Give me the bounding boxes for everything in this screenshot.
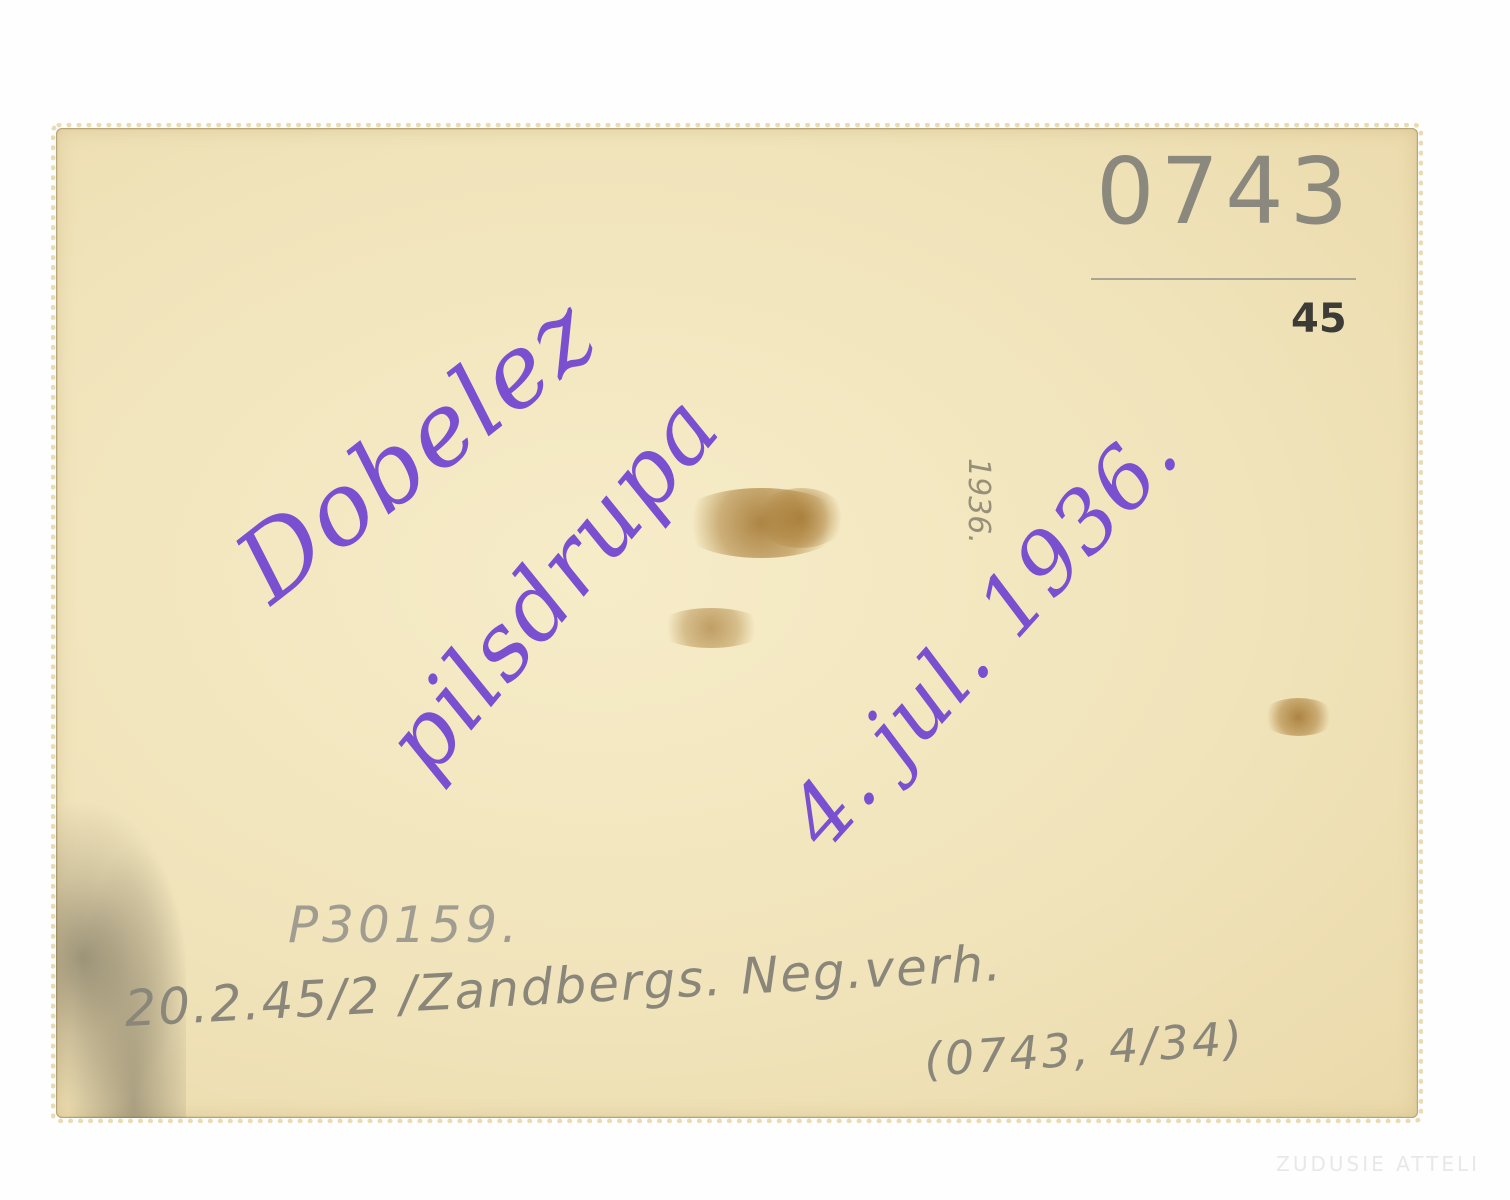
inventory-code: P30159. — [288, 896, 521, 954]
edge-grime — [56, 798, 186, 1118]
stain-spot — [1261, 698, 1336, 736]
stain-spot — [656, 608, 766, 648]
stain-spot — [756, 488, 846, 548]
catalog-sub-number: 45 — [1291, 296, 1347, 342]
catalog-number: 0743 — [1096, 138, 1354, 245]
photo-card-back: 0743 45 Dobelez pilsdrupa 4. jul. 1936. … — [56, 128, 1418, 1118]
archive-reference: (0743, 4/34) — [922, 1011, 1246, 1087]
archive-line: 20.2.45/2 /Zandbergs. Neg.verh. — [123, 934, 1004, 1038]
faint-stamp: 1936. — [961, 458, 996, 544]
scan-background: 0743 45 Dobelez pilsdrupa 4. jul. 1936. … — [0, 0, 1510, 1200]
stain-spot — [676, 488, 846, 558]
catalog-underline — [1091, 278, 1356, 280]
watermark: ZUDUSIE ATTELI — [1276, 1152, 1480, 1176]
